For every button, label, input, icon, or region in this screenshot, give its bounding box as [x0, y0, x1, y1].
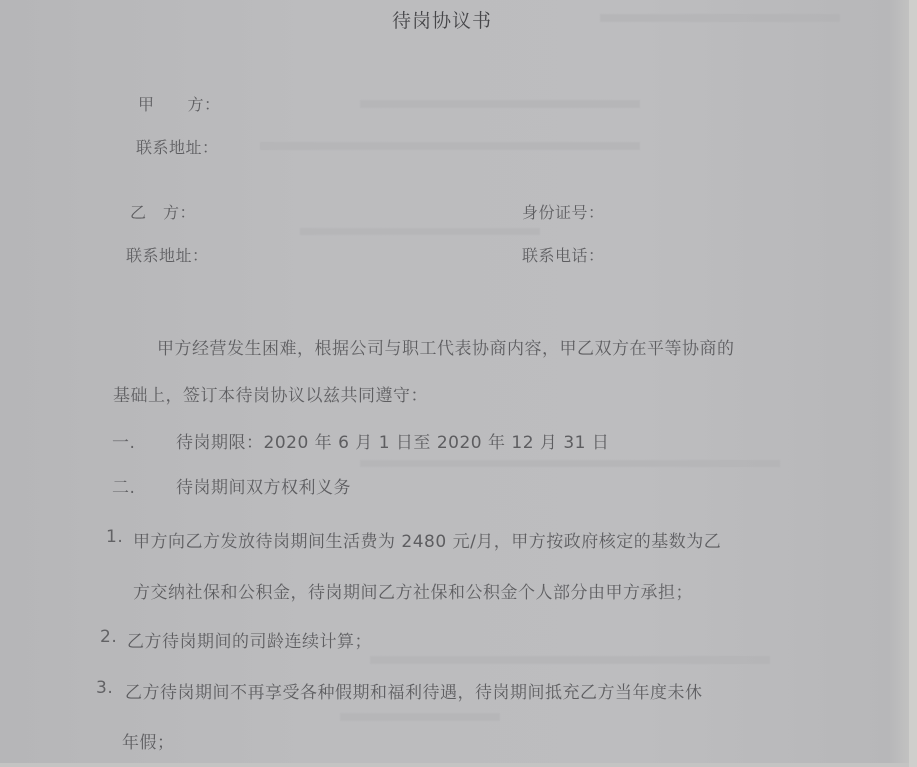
document-photo: 待岗协议书 甲 方： 联系地址： 乙 方： 身份证号： 联系地址： 联系电话： …: [0, 0, 917, 767]
document-title: 待岗协议书: [392, 6, 492, 33]
show-through-shadow: [360, 460, 780, 467]
preamble-line-1: 甲方经营发生困难，根据公司与职工代表协商内容，甲乙双方在平等协商的: [157, 334, 735, 359]
section-2-text: 待岗期间双方权利义务: [176, 473, 351, 498]
section-1-text: 待岗期限：2020 年 6 月 1 日至 2020 年 12 月 31 日: [176, 428, 609, 453]
show-through-shadow: [370, 656, 770, 664]
show-through-shadow: [600, 14, 840, 22]
clause-1-number: 1.: [106, 527, 123, 547]
section-2-number: 二.: [112, 473, 135, 498]
party-a-address-label: 联系地址：: [136, 135, 219, 158]
show-through-shadow: [300, 228, 540, 235]
show-through-shadow: [360, 100, 640, 108]
show-through-shadow: [260, 142, 640, 150]
party-b-label: 乙 方：: [130, 200, 196, 223]
clause-3-line-1: 乙方待岗期间不再享受各种假期和福利待遇，待岗期间抵充乙方当年度未休: [125, 678, 703, 703]
preamble-line-2: 基础上，签订本待岗协议以兹共同遵守：: [113, 381, 428, 406]
clause-2-line-1: 乙方待岗期间的司龄连续计算；: [127, 627, 372, 652]
show-through-shadow: [340, 713, 500, 721]
clause-3-number: 3.: [96, 678, 113, 698]
party-b-address-label: 联系地址：: [126, 243, 209, 266]
clause-3-line-2: 年假；: [122, 728, 175, 753]
party-b-phone-label: 联系电话：: [522, 243, 605, 266]
clause-1-line-1: 甲方向乙方发放待岗期间生活费为 2480 元/月，甲方按政府核定的基数为乙: [133, 527, 721, 552]
section-1-number: 一.: [112, 428, 135, 453]
clause-2-number: 2.: [100, 627, 117, 647]
party-a-label: 甲 方：: [138, 92, 221, 115]
party-b-id-label: 身份证号：: [522, 200, 605, 223]
clause-1-line-2: 方交纳社保和公积金，待岗期间乙方社保和公积金个人部分由甲方承担；: [133, 578, 693, 603]
